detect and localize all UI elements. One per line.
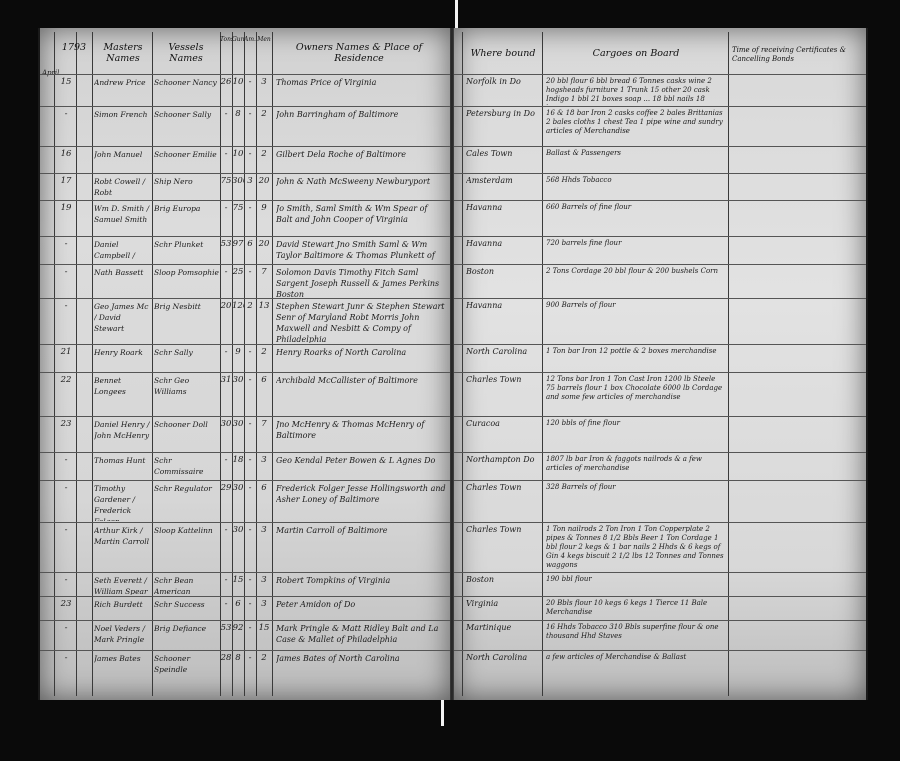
day-cell: 16 <box>56 149 76 172</box>
table-row-divider <box>454 522 866 523</box>
guns-cell: 25 <box>232 267 244 297</box>
day-cell: - <box>56 575 76 595</box>
owner-cell: James Bates of North Carolina <box>276 653 446 677</box>
table-row-divider <box>40 74 450 75</box>
table-row-divider <box>454 620 866 621</box>
master-cell: Timothy Gardener / Frederick Folger <box>94 483 152 521</box>
men-cell: 3 <box>256 525 272 571</box>
header-owners: Owners Names & Place of Residence <box>274 42 444 64</box>
table-row-divider <box>454 173 866 174</box>
col-a-cell: - <box>244 203 256 235</box>
vessel-cell: Brig Defiance <box>154 623 220 649</box>
day-cell: - <box>56 653 76 677</box>
table-row-divider <box>454 452 866 453</box>
table-row-divider <box>40 264 450 265</box>
vessel-cell: Schr Success <box>154 599 220 619</box>
col-a-cell: - <box>244 347 256 371</box>
guns-cell: 30 <box>232 419 244 451</box>
master-cell: Arthur Kirk / Martin Carroll <box>94 525 152 571</box>
men-cell: 6 <box>256 375 272 415</box>
cargo-cell: 120 bbls of fine flour <box>546 419 726 451</box>
vessel-cell: Schooner Speindle <box>154 653 220 677</box>
table-row-divider <box>40 416 450 417</box>
guns-cell: 30 <box>232 483 244 521</box>
tons-cell: 75 <box>220 176 232 199</box>
col-a-cell: - <box>244 77 256 105</box>
table-row-divider <box>454 596 866 597</box>
vessel-cell: Sloop Pomsophie <box>154 267 220 297</box>
master-cell: Nath Bassett <box>94 267 152 297</box>
men-cell: 3 <box>256 575 272 595</box>
bound-cell: North Carolina <box>466 347 542 371</box>
cargo-table: Where bound Cargoes on Board Time of rec… <box>454 28 866 700</box>
table-row-divider <box>40 173 450 174</box>
col-a-cell: - <box>244 599 256 619</box>
header-masters-names: Masters Names <box>94 42 152 64</box>
bound-cell: Havanna <box>466 203 542 235</box>
table-row-divider <box>40 620 450 621</box>
table-row-divider <box>40 106 450 107</box>
owner-cell: Henry Roarks of North Carolina <box>276 347 446 371</box>
cargo-cell: 16 & 18 bar Iron 2 casks coffee 2 bales … <box>546 109 726 145</box>
header-cargoes: Cargoes on Board <box>544 48 728 59</box>
col-a-cell: 3 <box>244 176 256 199</box>
cargo-cell: 190 bbl flour <box>546 575 726 595</box>
bound-cell: Charles Town <box>466 375 542 415</box>
vessel-register-table: 1793 Masters Names Vessels Names Tons Gu… <box>40 28 450 700</box>
table-row-divider <box>40 572 450 573</box>
men-cell: 2 <box>256 109 272 145</box>
tons-cell: 26 <box>220 77 232 105</box>
table-row-divider <box>454 372 866 373</box>
bound-cell: Martinique <box>466 623 542 649</box>
table-row-divider <box>454 650 866 651</box>
header-guns: Guns <box>232 36 244 43</box>
cargo-cell: 328 Barrels of flour <box>546 483 726 521</box>
master-cell: Simon French <box>94 109 152 145</box>
day-cell: - <box>56 267 76 297</box>
owner-cell: Jno McHenry & Thomas McHenry of Baltimor… <box>276 419 446 451</box>
men-cell: 15 <box>256 623 272 649</box>
cargo-cell: 900 Barrels of flour <box>546 301 726 343</box>
table-row-divider <box>454 200 866 201</box>
bound-cell: Boston <box>466 575 542 595</box>
cargo-cell: 1 Ton bar Iron 12 pottle & 2 boxes merch… <box>546 347 726 371</box>
guns-cell: 97 <box>232 239 244 263</box>
vessel-cell: Schr Commissaire <box>154 455 220 479</box>
guns-cell: 10 <box>232 149 244 172</box>
table-row-divider <box>454 298 866 299</box>
guns-cell: 30 <box>232 375 244 415</box>
film-frame-marker-top <box>455 0 458 30</box>
header-men: Men <box>256 36 272 43</box>
tons-cell: 31 <box>220 375 232 415</box>
owner-cell: Mark Pringle & Matt Ridley Balt and La C… <box>276 623 446 649</box>
men-cell: 6 <box>256 483 272 521</box>
day-cell: - <box>56 623 76 649</box>
cargo-cell: 568 Hhds Tobacco <box>546 176 726 199</box>
guns-cell: 9 <box>232 347 244 371</box>
cargo-cell: 20 Bbls flour 10 kegs 6 kegs 1 Tierce 11… <box>546 599 726 619</box>
owner-cell: John & Nath McSweeny Newburyport <box>276 176 446 199</box>
owner-cell: Peter Amidon of Do <box>276 599 446 619</box>
guns-cell: 6 <box>232 599 244 619</box>
table-row-divider <box>454 106 866 107</box>
master-cell: Daniel Campbell / Johnsmith Bow <box>94 239 152 263</box>
right-page: Where bound Cargoes on Board Time of rec… <box>454 28 866 700</box>
master-cell: Thomas Hunt <box>94 455 152 479</box>
guns-cell: 75 <box>232 203 244 235</box>
men-cell: 2 <box>256 653 272 677</box>
vessel-cell: Schooner Sally <box>154 109 220 145</box>
guns-cell: 30 <box>232 525 244 571</box>
col-a-cell: - <box>244 525 256 571</box>
cargo-cell: 1807 lb bar Iron & faggots nailrods & a … <box>546 455 726 479</box>
master-cell: Noel Veders / Mark Pringle <box>94 623 152 649</box>
table-row-divider <box>40 522 450 523</box>
owner-cell: Robert Tompkins of Virginia <box>276 575 446 595</box>
cargo-cell: 1 Ton nailrods 2 Ton Iron 1 Ton Copperpl… <box>546 525 726 571</box>
master-cell: Andrew Price <box>94 77 152 105</box>
day-cell: - <box>56 109 76 145</box>
col-a-cell: - <box>244 267 256 297</box>
cargo-cell: a few articles of Merchandise & Ballast <box>546 653 726 677</box>
men-cell: 9 <box>256 203 272 235</box>
men-cell: 20 <box>256 176 272 199</box>
table-row-divider <box>40 596 450 597</box>
cargo-cell: 660 Barrels of fine flour <box>546 203 726 235</box>
table-row-divider <box>40 146 450 147</box>
tons-cell: - <box>220 599 232 619</box>
guns-cell: 92 <box>232 623 244 649</box>
table-row-divider <box>40 298 450 299</box>
table-row-divider <box>454 264 866 265</box>
table-row-divider <box>40 344 450 345</box>
master-cell: Henry Roark <box>94 347 152 371</box>
day-cell: 23 <box>56 599 76 619</box>
tons-cell: 53 <box>220 239 232 263</box>
men-cell: 20 <box>256 239 272 263</box>
master-cell: James Bates <box>94 653 152 677</box>
day-cell: 21 <box>56 347 76 371</box>
table-row-divider <box>40 372 450 373</box>
vessel-cell: Schr Bean American <box>154 575 220 595</box>
cargo-cell: 2 Tons Cordage 20 bbl flour & 200 bushel… <box>546 267 726 297</box>
day-cell: - <box>56 483 76 521</box>
vessel-cell: Schr Geo Williams <box>154 375 220 415</box>
col-a-cell: - <box>244 149 256 172</box>
owner-cell: Solomon Davis Timothy Fitch Saml Sargent… <box>276 267 446 297</box>
tons-cell: 53 <box>220 623 232 649</box>
tons-cell: - <box>220 149 232 172</box>
cargo-cell: 20 bbl flour 6 bbl bread 6 Tonnes casks … <box>546 77 726 105</box>
day-cell: - <box>56 239 76 263</box>
col-a-cell: 6 <box>244 239 256 263</box>
tons-cell: 30 <box>220 419 232 451</box>
bound-cell: Havanna <box>466 301 542 343</box>
day-cell: - <box>56 301 76 343</box>
bound-cell: Petersburg in Do <box>466 109 542 145</box>
vessel-cell: Schr Sally <box>154 347 220 371</box>
master-cell: Rich Burdett <box>94 599 152 619</box>
master-cell: Bennet Longees <box>94 375 152 415</box>
men-cell: 13 <box>256 301 272 343</box>
ledger-book: 1793 Masters Names Vessels Names Tons Gu… <box>38 28 868 700</box>
cargo-cell: Ballast & Passengers <box>546 149 726 172</box>
master-cell: Geo James Mc / David Stewart <box>94 301 152 343</box>
master-cell: Daniel Henry / John McHenry <box>94 419 152 451</box>
tons-cell: - <box>220 267 232 297</box>
col-a-cell: - <box>244 575 256 595</box>
day-cell: 15 <box>56 77 76 105</box>
bound-cell: Northampton Do <box>466 455 542 479</box>
bound-cell: Boston <box>466 267 542 297</box>
owner-cell: Archibald McCallister of Baltimore <box>276 375 446 415</box>
vessel-cell: Ship Nero <box>154 176 220 199</box>
bound-cell: Norfolk in Do <box>466 77 542 105</box>
tons-cell: - <box>220 203 232 235</box>
bound-cell: Havanna <box>466 239 542 263</box>
table-row-divider <box>454 344 866 345</box>
vessel-cell: Schr Regulator <box>154 483 220 521</box>
men-cell: 3 <box>256 455 272 479</box>
master-cell: John Manuel <box>94 149 152 172</box>
owner-cell: John Barringham of Baltimore <box>276 109 446 145</box>
tons-cell: 28 <box>220 653 232 677</box>
owner-cell: Martin Carroll of Baltimore <box>276 525 446 571</box>
guns-cell: 300 <box>232 176 244 199</box>
master-cell: Wm D. Smith / Samuel Smith <box>94 203 152 235</box>
vessel-cell: Sloop Kattelinn <box>154 525 220 571</box>
owner-cell: David Stewart Jno Smith Saml & Wm Taylor… <box>276 239 446 263</box>
table-row-divider <box>454 236 866 237</box>
col-a-cell: - <box>244 455 256 479</box>
men-cell: 2 <box>256 149 272 172</box>
table-row-divider <box>40 200 450 201</box>
vessel-cell: Schooner Emilie <box>154 149 220 172</box>
owner-cell: Thomas Price of Virginia <box>276 77 446 105</box>
bound-cell: Charles Town <box>466 525 542 571</box>
table-row-divider <box>454 146 866 147</box>
tons-cell: 29 <box>220 483 232 521</box>
owner-cell: Jo Smith, Saml Smith & Wm Spear of Balt … <box>276 203 446 235</box>
day-cell: - <box>56 455 76 479</box>
guns-cell: 8 <box>232 653 244 677</box>
left-page: 1793 Masters Names Vessels Names Tons Gu… <box>40 28 450 700</box>
men-cell: 3 <box>256 77 272 105</box>
header-col-a: Am. <box>244 36 256 43</box>
men-cell: 3 <box>256 599 272 619</box>
men-cell: 7 <box>256 267 272 297</box>
day-cell: - <box>56 525 76 571</box>
col-a-cell: - <box>244 419 256 451</box>
table-row-divider <box>454 416 866 417</box>
day-cell: 17 <box>56 176 76 199</box>
vessel-cell: Schr Plunket <box>154 239 220 263</box>
col-a-cell: - <box>244 653 256 677</box>
col-a-cell: - <box>244 623 256 649</box>
cargo-cell: 16 Hhds Tobacco 310 Bbls superfine flour… <box>546 623 726 649</box>
tons-cell: - <box>220 109 232 145</box>
tons-cell: - <box>220 347 232 371</box>
col-a-cell: - <box>244 109 256 145</box>
vessel-cell: Schooner Doll <box>154 419 220 451</box>
col-a-cell: 2 <box>244 301 256 343</box>
bound-cell: Charles Town <box>466 483 542 521</box>
table-row-divider <box>454 480 866 481</box>
header-vessels-names: Vessels Names <box>152 42 220 64</box>
bound-cell: Amsterdam <box>466 176 542 199</box>
table-row-divider <box>454 74 866 75</box>
bound-cell: Curacoa <box>466 419 542 451</box>
men-cell: 7 <box>256 419 272 451</box>
header-certificates: Time of receiving Certificates & Cancell… <box>732 46 852 64</box>
table-row-divider <box>40 236 450 237</box>
table-row-divider <box>40 650 450 651</box>
owner-cell: Gilbert Dela Roche of Baltimore <box>276 149 446 172</box>
owner-cell: Frederick Folger Jesse Hollingsworth and… <box>276 483 446 521</box>
vessel-cell: Brig Europa <box>154 203 220 235</box>
tons-cell: - <box>220 525 232 571</box>
master-cell: Robt Cowell / Robt Provinance <box>94 176 152 199</box>
day-cell: 22 <box>56 375 76 415</box>
film-frame-marker-bottom <box>441 700 444 726</box>
bound-cell: North Carolina <box>466 653 542 677</box>
cargo-cell: 720 barrels fine flour <box>546 239 726 263</box>
cargo-cell: 12 Tons bar Iron 1 Ton Cast Iron 1200 lb… <box>546 375 726 415</box>
master-cell: Seth Everett / William Spear <box>94 575 152 595</box>
guns-cell: 126 <box>232 301 244 343</box>
tons-cell: - <box>220 575 232 595</box>
owner-cell: Geo Kendal Peter Bowen & L Agnes Do <box>276 455 446 479</box>
guns-cell: 8 <box>232 109 244 145</box>
guns-cell: 18 <box>232 455 244 479</box>
tons-cell: 20 <box>220 301 232 343</box>
col-a-cell: - <box>244 375 256 415</box>
guns-cell: 15 <box>232 575 244 595</box>
owner-cell: Stephen Stewart Junr & Stephen Stewart S… <box>276 301 446 343</box>
day-cell: 19 <box>56 203 76 235</box>
vessel-cell: Brig Nesbitt <box>154 301 220 343</box>
table-row-divider <box>454 572 866 573</box>
table-row-divider <box>40 480 450 481</box>
col-a-cell: - <box>244 483 256 521</box>
bound-cell: Virginia <box>466 599 542 619</box>
header-where-bound: Where bound <box>464 48 542 59</box>
men-cell: 2 <box>256 347 272 371</box>
header-year: 1793 <box>56 42 92 53</box>
bound-cell: Cales Town <box>466 149 542 172</box>
vessel-cell: Schooner Nancy <box>154 77 220 105</box>
guns-cell: 10 <box>232 77 244 105</box>
table-row-divider <box>40 452 450 453</box>
tons-cell: - <box>220 455 232 479</box>
day-cell: 23 <box>56 419 76 451</box>
header-tons: Tons <box>220 36 232 43</box>
